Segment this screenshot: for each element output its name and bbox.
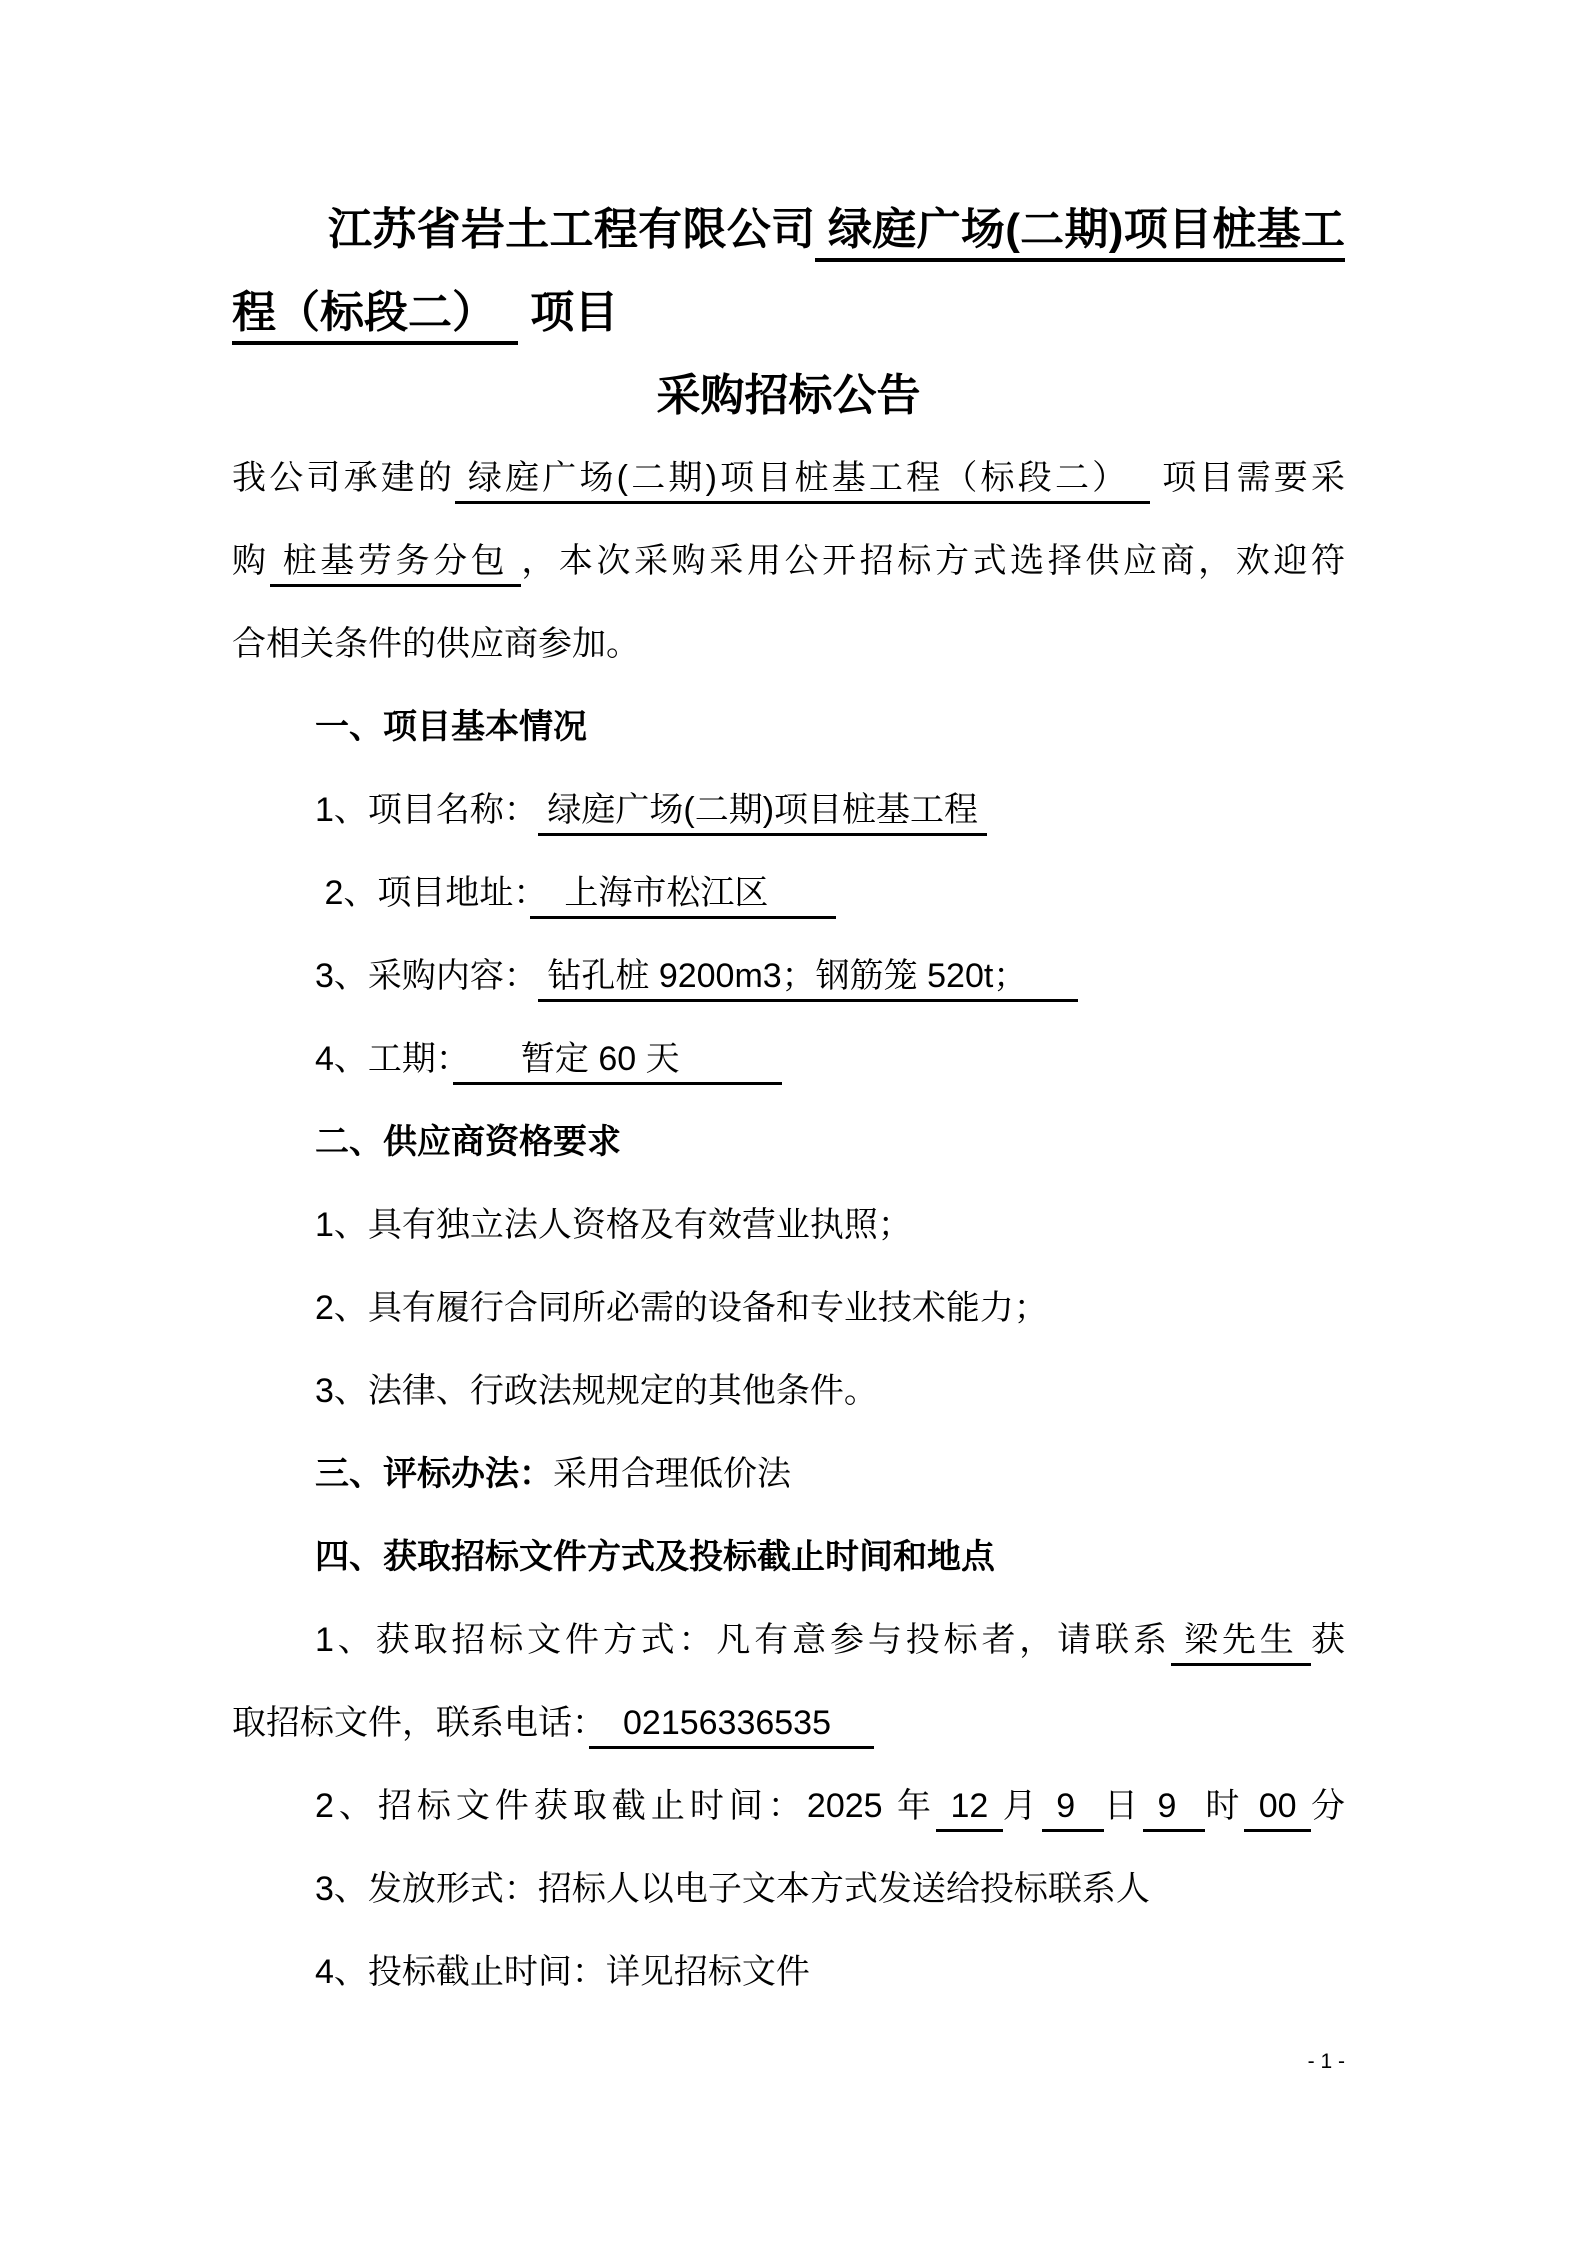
section-2-item-1: 1、具有独立法人资格及有效营业执照； (232, 1184, 1345, 1267)
text-segment: 3、采购内容： (315, 957, 538, 995)
text-segment: 购 (232, 542, 270, 580)
intro-line-3: 合相关条件的供应商参加。 (232, 603, 1345, 686)
text-segment: 获 (1311, 1621, 1345, 1659)
text-segment: 3、发放形式：招标人以电子文本方式发送给投标联系人 (315, 1870, 1150, 1908)
underlined-text-segment: 绿庭广场(二期)项目桩基工 (815, 205, 1345, 262)
document-page: 江苏省岩土工程有限公司 绿庭广场(二期)项目桩基工程（标段二） 项目采购招标公告… (0, 0, 1587, 2245)
text-segment: 3、法律、行政法规规定的其他条件。 (315, 1372, 878, 1410)
underlined-text-segment: 上海市松江区 (530, 874, 836, 919)
section-1-item-2: 2、项目地址： 上海市松江区 (232, 852, 1345, 935)
section-1-item-3: 3、采购内容： 钻孔桩 9200m3；钢筋笼 520t； (232, 935, 1345, 1018)
page-number: - 1 - (1308, 2038, 1345, 2086)
text-segment: 时 (1205, 1787, 1244, 1825)
section-4-heading: 四、获取招标文件方式及投标截止时间和地点 (232, 1516, 1345, 1599)
text-segment: 二、供应商资格要求 (315, 1123, 621, 1161)
section-4-item-4: 4、投标截止时间：详见招标文件 (232, 1931, 1345, 2014)
text-segment: 1、项目名称： (315, 791, 538, 829)
section-4-item-1-line-2: 取招标文件，联系电话： 02156336535 (232, 1682, 1345, 1765)
text-segment: 月 (1003, 1787, 1042, 1825)
underlined-text-segment: 暂定 60 天 (453, 1040, 782, 1085)
intro-line-1: 我公司承建的 绿庭广场(二期)项目桩基工程（标段二） 项目需要采 (232, 437, 1345, 520)
underlined-text-segment: 00 (1244, 1787, 1311, 1832)
text-segment: 取招标文件，联系电话： (232, 1704, 589, 1742)
text-segment: 4、工期： (315, 1040, 453, 1078)
text-segment: 合相关条件的供应商参加。 (232, 625, 640, 663)
text-segment: 采购招标公告 (657, 371, 921, 420)
underlined-text-segment: 02156336535 (589, 1704, 874, 1749)
underlined-text-segment: 绿庭广场(二期)项目桩基工程（标段二） (455, 459, 1149, 504)
text-segment: 4、投标截止时间：详见招标文件 (315, 1953, 810, 1991)
section-3-heading: 三、评标办法：采用合理低价法 (232, 1433, 1345, 1516)
underlined-text-segment: 桩基劳务分包 (270, 542, 522, 587)
text-segment: 2、项目地址： (315, 874, 530, 912)
text-segment: 三、评标办法： (315, 1455, 553, 1493)
underlined-text-segment: 9 (1042, 1787, 1104, 1832)
text-segment: 四、获取招标文件方式及投标截止时间和地点 (315, 1538, 995, 1576)
underlined-text-segment: 绿庭广场(二期)项目桩基工程 (538, 791, 988, 836)
text-segment: 采用合理低价法 (553, 1455, 791, 1493)
text-segment: 分 (1311, 1787, 1345, 1825)
doc-subtitle: 采购招标公告 (232, 354, 1345, 437)
section-1-item-1: 1、项目名称： 绿庭广场(二期)项目桩基工程 (232, 769, 1345, 852)
document-body: 江苏省岩土工程有限公司 绿庭广场(二期)项目桩基工程（标段二） 项目采购招标公告… (232, 188, 1345, 2014)
text-segment: 1、获取招标文件方式：凡有意参与投标者，请联系 (315, 1621, 1171, 1659)
intro-line-2: 购 桩基劳务分包 ，本次采购采用公开招标方式选择供应商，欢迎符 (232, 520, 1345, 603)
text-segment: 项目 (518, 288, 618, 337)
underlined-text-segment: 12 (936, 1787, 1003, 1832)
section-2-item-2: 2、具有履行合同所必需的设备和专业技术能力； (232, 1267, 1345, 1350)
doc-title-line-1: 江苏省岩土工程有限公司 绿庭广场(二期)项目桩基工 (232, 188, 1345, 271)
section-1-heading: 一、项目基本情况 (232, 686, 1345, 769)
section-4-item-2: 2、招标文件获取截止时间：2025 年 12 月 9 日 9 时 00 分 (232, 1765, 1345, 1848)
underlined-text-segment: 程（标段二） (232, 288, 518, 345)
text-segment: 一、项目基本情况 (315, 708, 587, 746)
underlined-text-segment: 钻孔桩 9200m3；钢筋笼 520t； (538, 957, 1078, 1002)
text-segment: 江苏省岩土工程有限公司 (328, 205, 815, 254)
text-segment: 项目需要采 (1150, 459, 1345, 497)
section-2-item-3: 3、法律、行政法规规定的其他条件。 (232, 1350, 1345, 1433)
underlined-text-segment: 9 (1143, 1787, 1205, 1832)
text-segment: 2、具有履行合同所必需的设备和专业技术能力； (315, 1289, 1048, 1327)
text-segment: 1、具有独立法人资格及有效营业执照； (315, 1206, 912, 1244)
doc-title-line-2: 程（标段二） 项目 (232, 271, 1345, 354)
section-4-item-1-line-1: 1、获取招标文件方式：凡有意参与投标者，请联系 梁先生 获 (232, 1599, 1345, 1682)
section-2-heading: 二、供应商资格要求 (232, 1101, 1345, 1184)
text-segment: 我公司承建的 (232, 459, 455, 497)
text-segment: 2、招标文件获取截止时间：2025 年 (315, 1787, 936, 1825)
section-4-item-3: 3、发放形式：招标人以电子文本方式发送给投标联系人 (232, 1848, 1345, 1931)
section-1-item-4: 4、工期： 暂定 60 天 (232, 1018, 1345, 1101)
text-segment: ，本次采购采用公开招标方式选择供应商，欢迎符 (521, 542, 1345, 580)
underlined-text-segment: 梁先生 (1171, 1621, 1311, 1666)
text-segment: 日 (1104, 1787, 1143, 1825)
